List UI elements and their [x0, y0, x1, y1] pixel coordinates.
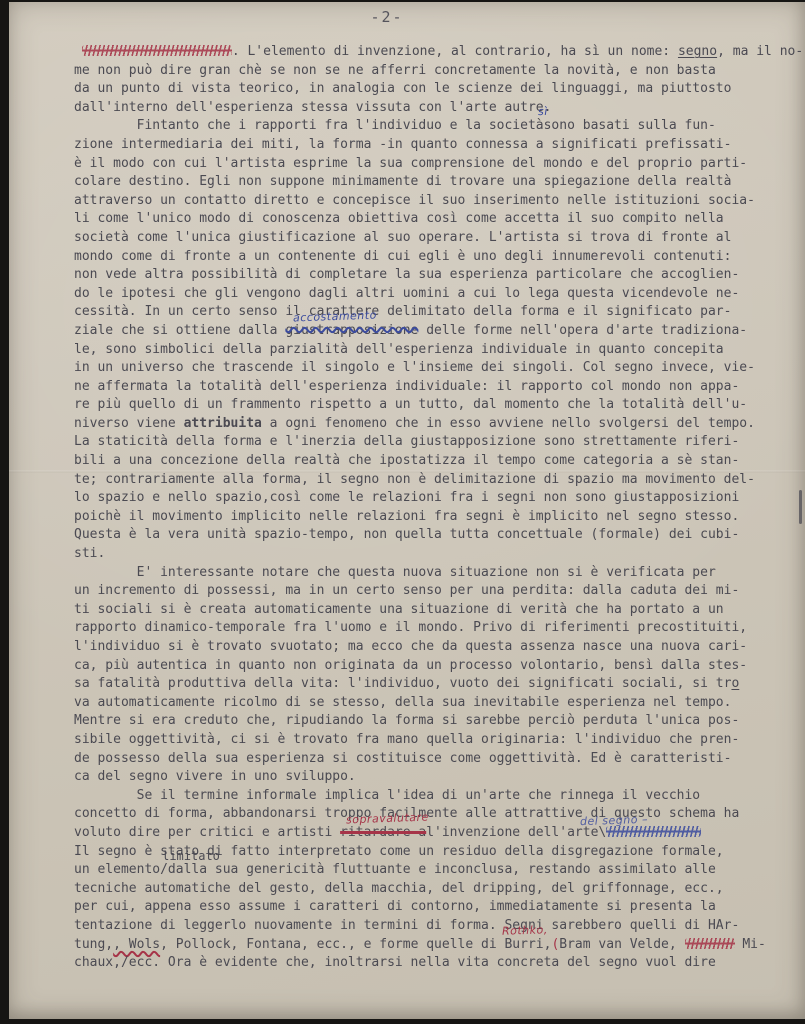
text-segment: tecniche automatiche del gesto, della ma… — [74, 880, 724, 899]
paragraph: Se il termine informale implica l'idea d… — [74, 787, 780, 973]
text-segment: le, sono simbolici della parzialità dell… — [74, 341, 724, 360]
text-segment: . L'elemento di invenzione, al contrario… — [232, 43, 678, 62]
text-segment: ne affermata la totalità dell'esperienza… — [74, 378, 739, 397]
text-segment: sti. — [74, 545, 105, 564]
typed-line: un elemento/dalla sua genericità fluttua… — [74, 861, 780, 880]
text-segment: ( — [551, 936, 559, 955]
typed-line: rapporto dinamico-temporale fra l'uomo e… — [74, 619, 780, 638]
page-number: -2- — [9, 8, 805, 26]
typed-line: tecniche automatiche del gesto, della ma… — [74, 880, 780, 899]
typed-line: cessità. In un certo senso il carattere … — [74, 303, 780, 322]
typed-line: me non può dire gran chè se non se ne af… — [74, 62, 780, 81]
handwritten-annotation: Rothko, — [502, 924, 548, 938]
typed-line: zione intermediaria dei miti, la forma -… — [74, 136, 780, 155]
text-segment: Mi- — [735, 936, 766, 955]
text-segment: dall'interno dell'esperienza stessa viss… — [74, 99, 551, 118]
text-segment: va automaticamente ricolmo di se stesso,… — [74, 694, 731, 713]
typed-line: bili a una concezione della realtà che i… — [74, 452, 780, 471]
typed-line: attraverso un contatto diretto e concepi… — [74, 192, 780, 211]
text-segment: Bram van Velde, — [559, 936, 684, 955]
text-segment: rapporto dinamico-temporale fra l'uomo e… — [74, 619, 747, 638]
text-segment: Questa è la vera unità spazio-tempo, non… — [74, 526, 739, 545]
typed-line: per cui, appena esso assume i caratteri … — [74, 898, 780, 917]
text-segment: niverso viene — [74, 415, 184, 434]
text-segment: mondo come di fronte a un contenente di … — [74, 248, 731, 267]
text-segment: ca del segno vivere in uno sviluppo. — [74, 768, 356, 787]
typed-line: non vede altra possibilità di completare… — [74, 266, 780, 285]
typed-line: in un universo che trascende il singolo … — [74, 359, 780, 378]
typed-line: da un punto di vista teorico, in analogi… — [74, 80, 780, 99]
text-segment: Burri,Rothko, — [504, 936, 551, 955]
document-page: -2- . L'elemento di invenzione, al contr… — [9, 2, 805, 1019]
text-body: . L'elemento di invenzione, al contrario… — [74, 43, 780, 973]
text-segment: cessità. In un certo senso il carattere … — [74, 303, 731, 322]
typed-line: chaux,/ecc. Ora è evidente che, inoltrar… — [74, 954, 780, 973]
text-segment: a ogni fenomeno che in esso avviene nell… — [262, 415, 755, 434]
text-segment: colare destino. Egli non suppone minimam… — [74, 173, 731, 192]
typed-line: ne affermata la totalità dell'esperienza… — [74, 378, 780, 397]
typed-line: un incremento di possessi, ma in un cert… — [74, 582, 780, 601]
text-segment: me non può dire gran chè se non se ne af… — [74, 62, 716, 81]
text-segment: Fintanto che i rapporti fra l'individuo … — [74, 117, 544, 136]
typed-line: società come l'unica giustificazione al … — [74, 229, 780, 248]
text-segment: sono basati sulla fun-sì — [544, 117, 716, 136]
text-segment: La staticità della forma e l'inerzia del… — [74, 433, 739, 452]
typed-line: mondo come di fronte a un contenente di … — [74, 248, 780, 267]
handwritten-annotation: del segno – — [580, 814, 648, 828]
text-segment: te; contrariamente alla forma, il segno … — [74, 471, 755, 490]
text-segment: da un punto di vista teorico, in analogi… — [74, 80, 731, 99]
text-segment: delle forme nell'opera d'arte tradiziona… — [418, 322, 747, 341]
text-segment: un incremento di possessi, ma in un cert… — [74, 582, 739, 601]
typed-line: niverso viene attribuita a ogni fenomeno… — [74, 415, 780, 434]
text-segment: attribuita — [184, 415, 262, 434]
text-segment: zione intermediaria dei miti, la forma -… — [74, 136, 731, 155]
typed-annotation: limitato — [162, 850, 220, 862]
typed-line: poichè il movimento implicito nelle rela… — [74, 508, 780, 527]
typed-line: do le ipotesi che gli vengono dagli altr… — [74, 285, 780, 304]
text-segment: un elemento — [74, 861, 160, 880]
text-segment: in un universo che trascende il singolo … — [74, 359, 755, 378]
text-segment: società come l'unica giustificazione al … — [74, 229, 731, 248]
text-segment: ziale che si ottiene dalla — [74, 322, 285, 341]
typed-line: l'individuo si è trovato svuotato; ma ec… — [74, 638, 780, 657]
typed-line: te; contrariamente alla forma, il segno … — [74, 471, 780, 490]
ink-scribble: del segno – — [606, 826, 701, 837]
text-segment: attraverso un contatto diretto e concepi… — [74, 192, 755, 211]
text-segment: , ma il no- — [717, 43, 803, 62]
typed-line: tentazione di leggerlo nuovamente in ter… — [74, 917, 780, 936]
typed-line: Se il termine informale implica l'idea d… — [74, 787, 780, 806]
typed-line: La staticità della forma e l'inerzia del… — [74, 433, 780, 452]
text-segment: de possesso della sua esperienza si cost… — [74, 750, 731, 769]
typed-line: . L'elemento di invenzione, al contrario… — [74, 43, 780, 62]
typed-line: E' interessante notare che questa nuova … — [74, 564, 780, 583]
text-segment: segno — [678, 43, 717, 62]
margin-mark — [799, 490, 802, 524]
text-segment: è il modo con cui l'artista esprime la s… — [74, 155, 747, 174]
typed-line: ti sociali si è creata automaticamente u… — [74, 601, 780, 620]
typed-line: sibile oggettività, ci si è trovato fra … — [74, 731, 780, 750]
text-segment: , Wols — [113, 936, 160, 955]
text-segment: o — [731, 675, 739, 694]
text-segment: chaux,/ecc. Ora è evidente che, inoltrar… — [74, 954, 716, 973]
typed-line: va automaticamente ricolmo di se stesso,… — [74, 694, 780, 713]
text-segment: poichè il movimento implicito nelle rela… — [74, 508, 739, 527]
typed-line: de possesso della sua esperienza si cost… — [74, 750, 780, 769]
typed-line: ziale che si ottiene dalla giustrapposiz… — [74, 322, 780, 341]
text-segment: , Pollock, Fontana, ecc., e forme quelle… — [160, 936, 504, 955]
typed-line: sa fatalità produttiva della vita: l'ind… — [74, 675, 780, 694]
text-segment: tung, — [74, 936, 113, 955]
text-segment: E' interessante notare che questa nuova … — [74, 564, 716, 583]
text-segment: re più quello di un frammento rispetto a… — [74, 396, 747, 415]
paragraph: Fintanto che i rapporti fra l'individuo … — [74, 117, 780, 563]
paragraph: E' interessante notare che questa nuova … — [74, 564, 780, 787]
typed-line: li come l'unico modo di conoscenza obiet… — [74, 210, 780, 229]
text-segment — [74, 43, 82, 62]
paragraph: . L'elemento di invenzione, al contrario… — [74, 43, 780, 117]
text-segment: do le ipotesi che gli vengono dagli altr… — [74, 285, 739, 304]
typed-line: Questa è la vera unità spazio-tempo, non… — [74, 526, 780, 545]
typed-line: dall'interno dell'esperienza stessa viss… — [74, 99, 780, 118]
text-segment: voluto dire per critici e artisti — [74, 824, 340, 843]
typed-line: lo spazio e nello spazio,così come le re… — [74, 489, 780, 508]
text-segment: Se il termine informale implica l'idea d… — [74, 787, 700, 806]
typed-line: Fintanto che i rapporti fra l'individuo … — [74, 117, 780, 136]
handwritten-annotation: accostamento — [293, 309, 377, 324]
text-segment: ti sociali si è creata automaticamente u… — [74, 601, 724, 620]
text-segment: giustrapposizioneaccostamento — [285, 322, 418, 341]
text-segment: Mentre si era creduto che, ripudiando la… — [74, 712, 739, 731]
typed-line: colare destino. Egli non suppone minimam… — [74, 173, 780, 192]
typed-line: ca del segno vivere in uno sviluppo. — [74, 768, 780, 787]
text-segment: ca, più autentica in quanto non originat… — [74, 657, 747, 676]
text-segment: per cui, appena esso assume i caratteri … — [74, 898, 716, 917]
text-segment: tentazione di leggerlo nuovamente in ter… — [74, 917, 739, 936]
typed-line: è il modo con cui l'artista esprime la s… — [74, 155, 780, 174]
text-segment: /dalla sua genericità fluttuante e incon… — [160, 861, 716, 880]
handwritten-annotation: sì — [537, 106, 547, 118]
typed-line: le, sono simbolici della parzialità dell… — [74, 341, 780, 360]
typed-line: sti. — [74, 545, 780, 564]
text-segment: bili a una concezione della realtà che i… — [74, 452, 739, 471]
text-segment: sa fatalità produttiva della vita: l'ind… — [74, 675, 731, 694]
handwritten-annotation: sopravalutare — [346, 811, 429, 826]
text-segment: l'individuo si è trovato svuotato; ma ec… — [74, 638, 747, 657]
typed-line: tung,, Wols, Pollock, Fontana, ecc., e f… — [74, 936, 780, 955]
text-segment: li come l'unico modo di conoscenza obiet… — [74, 210, 724, 229]
text-segment: ritardare asopravalutare — [340, 824, 426, 843]
typed-line: re più quello di un frammento rispetto a… — [74, 396, 780, 415]
text-segment: sibile oggettività, ci si è trovato fra … — [74, 731, 739, 750]
text-segment: lo spazio e nello spazio,così come le re… — [74, 489, 739, 508]
typed-line: ca, più autentica in quanto non originat… — [74, 657, 780, 676]
text-segment: non vede altra possibilità di completare… — [74, 266, 739, 285]
ink-scribble — [685, 938, 735, 949]
ink-scribble — [82, 45, 232, 56]
typed-line: Mentre si era creduto che, ripudiando la… — [74, 712, 780, 731]
typed-line: voluto dire per critici e artisti ritard… — [74, 824, 780, 843]
